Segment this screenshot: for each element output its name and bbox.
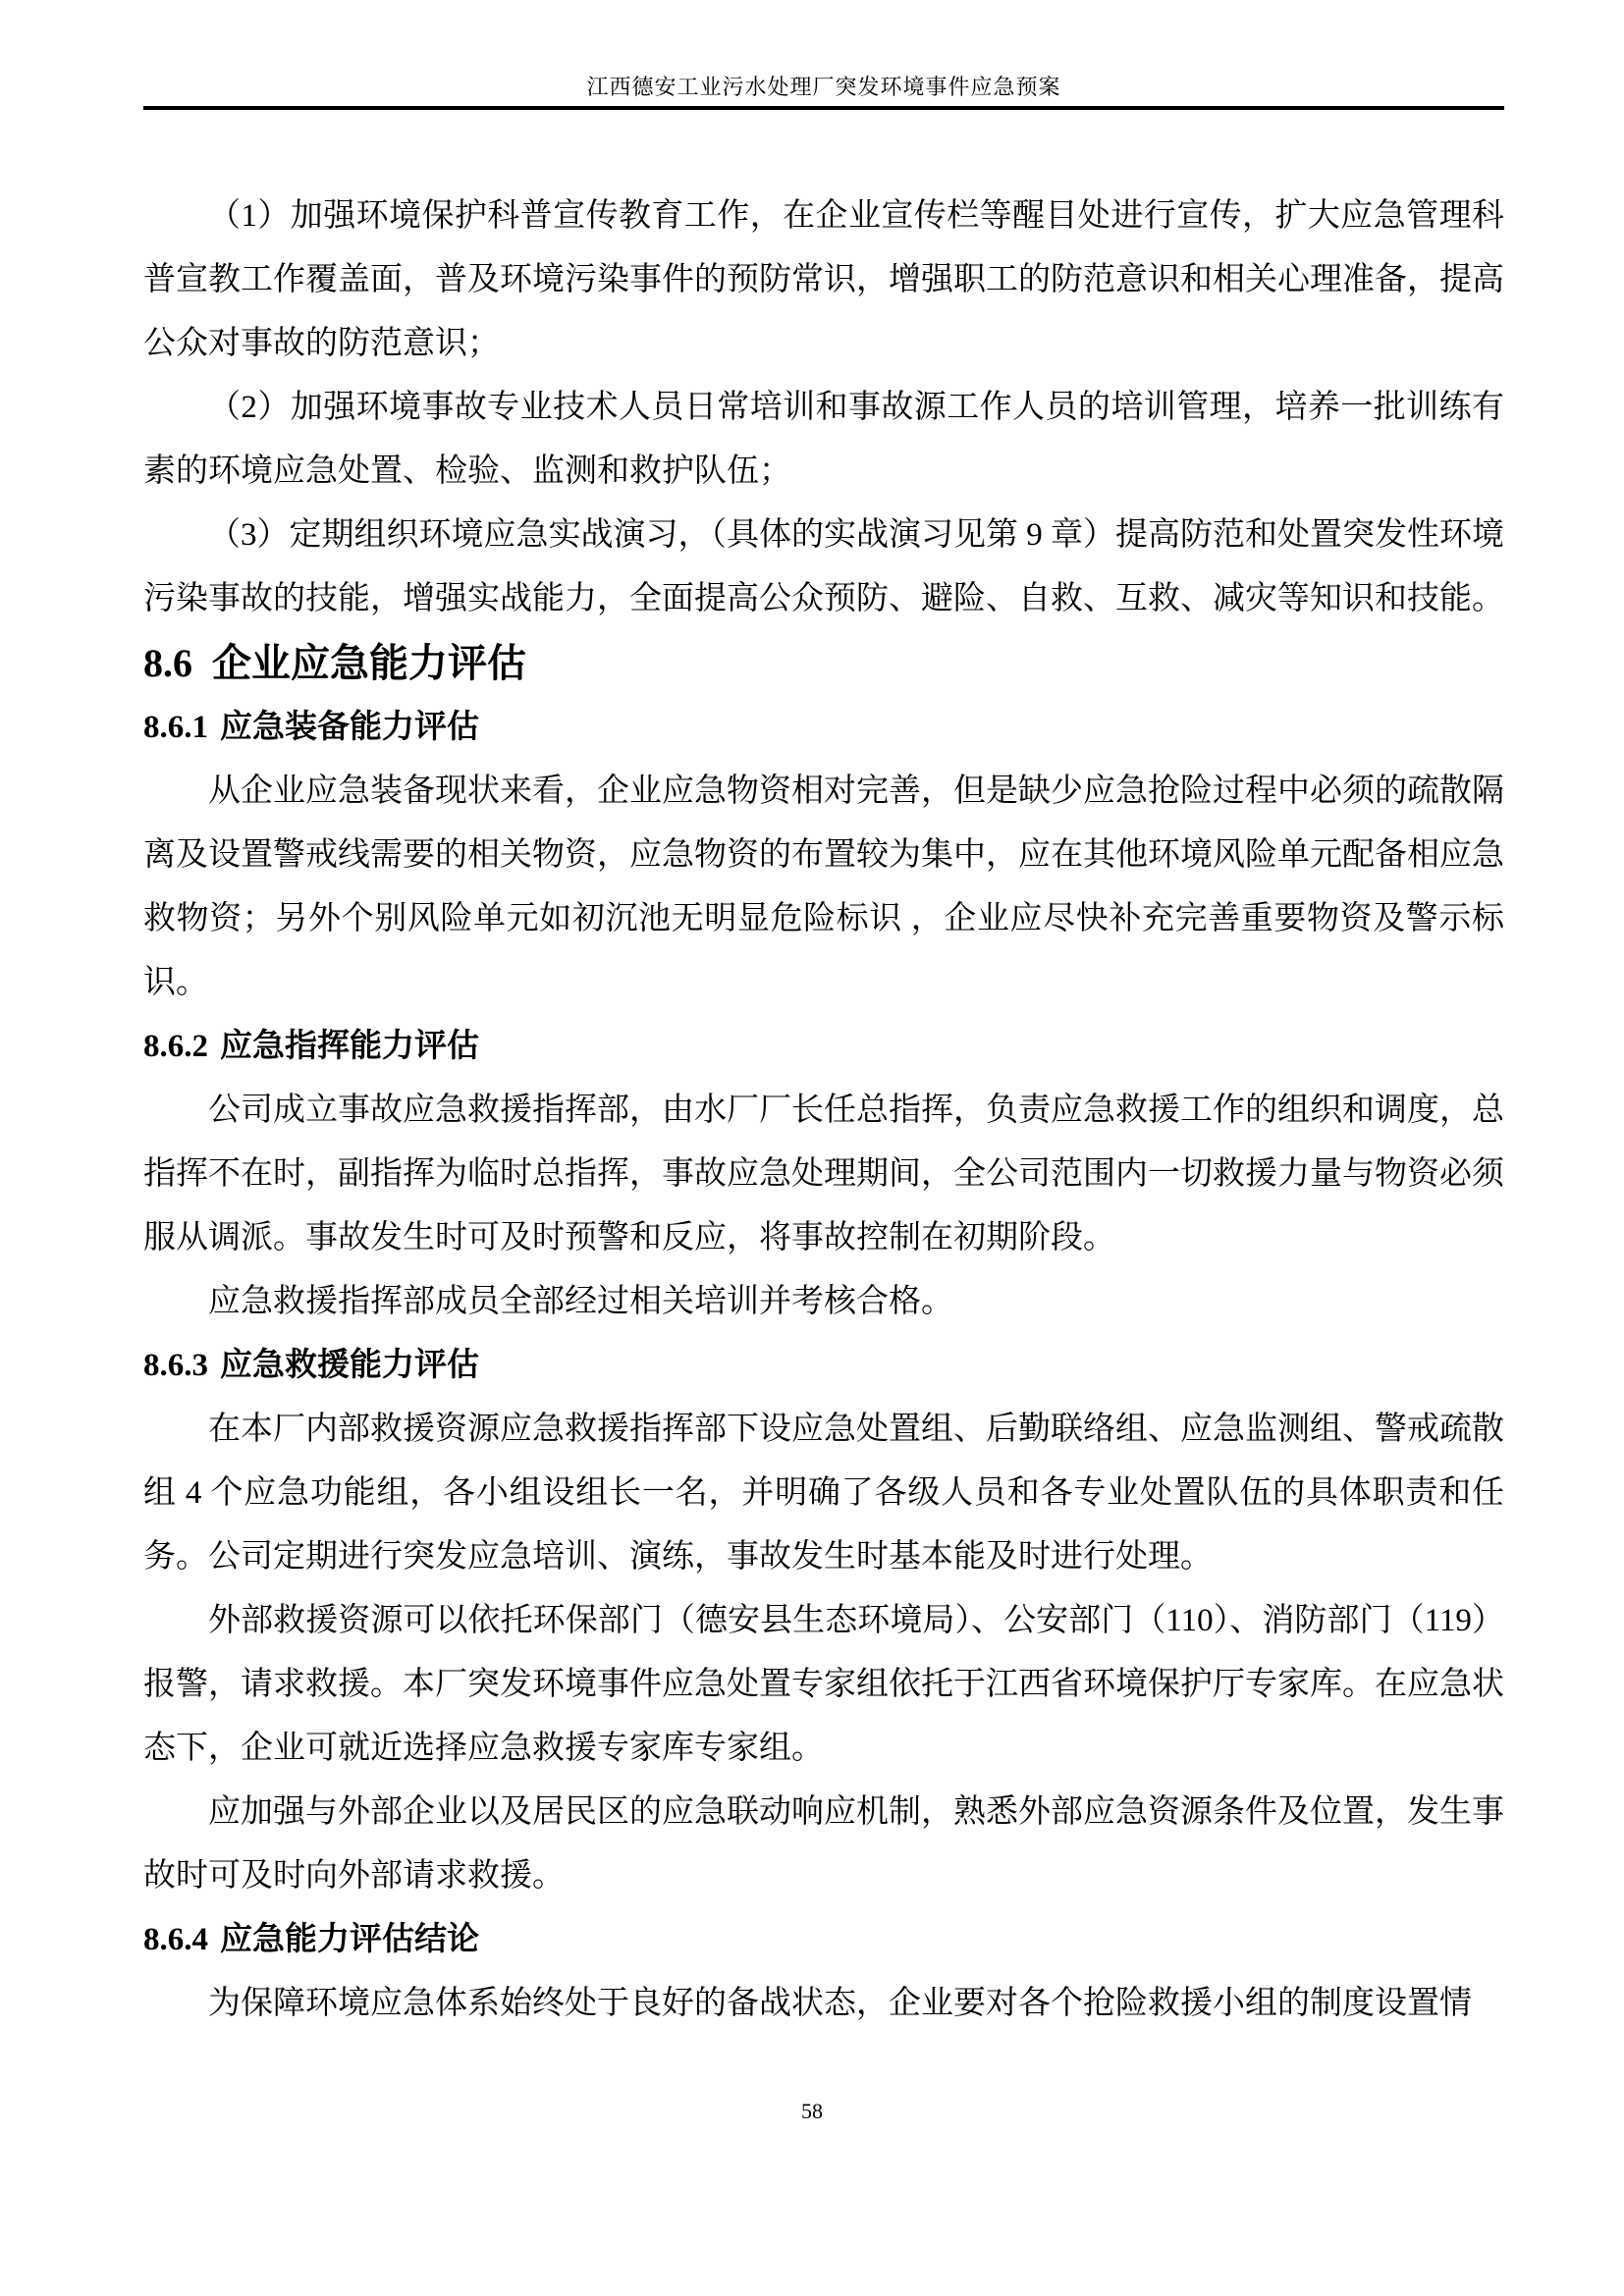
paragraph-conclusion: 为保障环境应急体系始终处于良好的备战状态，企业要对各个抢险救援小组的制度设置情 — [143, 1972, 1504, 2036]
paragraph-measure-1: （1）加强环境保护科普宣传教育工作，在企业宣传栏等醒目处进行宣传，扩大应急管理科… — [143, 185, 1504, 376]
paragraph-equipment-evaluation: 从企业应急装备现状来看，企业应急物资相对完善，但是缺少应急抢险过程中必须的疏散隔… — [143, 760, 1504, 1015]
subsection-heading-8-6-1: 8.6.1应急装备能力评估 — [143, 696, 1504, 760]
paragraph-measure-2: （2）加强环境事故专业技术人员日常培训和事故源工作人员的培训管理，培养一批训练有… — [143, 376, 1504, 504]
subsection-title: 应急装备能力评估 — [220, 710, 479, 745]
subsection-number: 8.6.2 — [143, 1029, 208, 1064]
paragraph-linkage-mechanism: 应加强与外部企业以及居民区的应急联动响应机制，熟悉外部应急资源条件及位置，发生事… — [143, 1781, 1504, 1908]
paragraph-external-rescue: 外部救援资源可以依托环保部门（德安县生态环境局）、公安部门（110）、消防部门（… — [143, 1589, 1504, 1781]
subsection-title: 应急能力评估结论 — [220, 1922, 479, 1957]
paragraph-internal-rescue: 在本厂内部救援资源应急救援指挥部下设应急处置组、后勤联络组、应急监测组、警戒疏散… — [143, 1398, 1504, 1589]
paragraph-command-evaluation: 公司成立事故应急救援指挥部，由水厂厂长任总指挥，负责应急救援工作的组织和调度，总… — [143, 1079, 1504, 1270]
section-number: 8.6 — [143, 641, 192, 685]
paragraph-measure-3: （3）定期组织环境应急实战演习，（具体的实战演习见第 9 章）提高防范和处置突发… — [143, 504, 1504, 631]
subsection-title: 应急救援能力评估 — [220, 1348, 479, 1383]
subsection-number: 8.6.3 — [143, 1348, 208, 1383]
document-body: （1）加强环境保护科普宣传教育工作，在企业宣传栏等醒目处进行宣传，扩大应急管理科… — [143, 185, 1504, 2036]
section-title: 企业应急能力评估 — [212, 641, 526, 685]
subsection-heading-8-6-3: 8.6.3应急救援能力评估 — [143, 1334, 1504, 1398]
subsection-heading-8-6-4: 8.6.4应急能力评估结论 — [143, 1908, 1504, 1972]
subsection-title: 应急指挥能力评估 — [220, 1029, 479, 1064]
section-heading-8-6: 8.6企业应急能力评估 — [143, 631, 1504, 696]
page-header-title: 江西德安工业污水处理厂突发环境事件应急预案 — [143, 73, 1504, 102]
subsection-number: 8.6.4 — [143, 1922, 208, 1957]
subsection-heading-8-6-2: 8.6.2应急指挥能力评估 — [143, 1015, 1504, 1079]
page-number: 58 — [0, 2097, 1624, 2126]
header-rule — [143, 106, 1504, 110]
document-page: 江西德安工业污水处理厂突发环境事件应急预案 （1）加强环境保护科普宣传教育工作，… — [0, 0, 1624, 2296]
paragraph-command-training: 应急救援指挥部成员全部经过相关培训并考核合格。 — [143, 1270, 1504, 1334]
subsection-number: 8.6.1 — [143, 710, 208, 745]
